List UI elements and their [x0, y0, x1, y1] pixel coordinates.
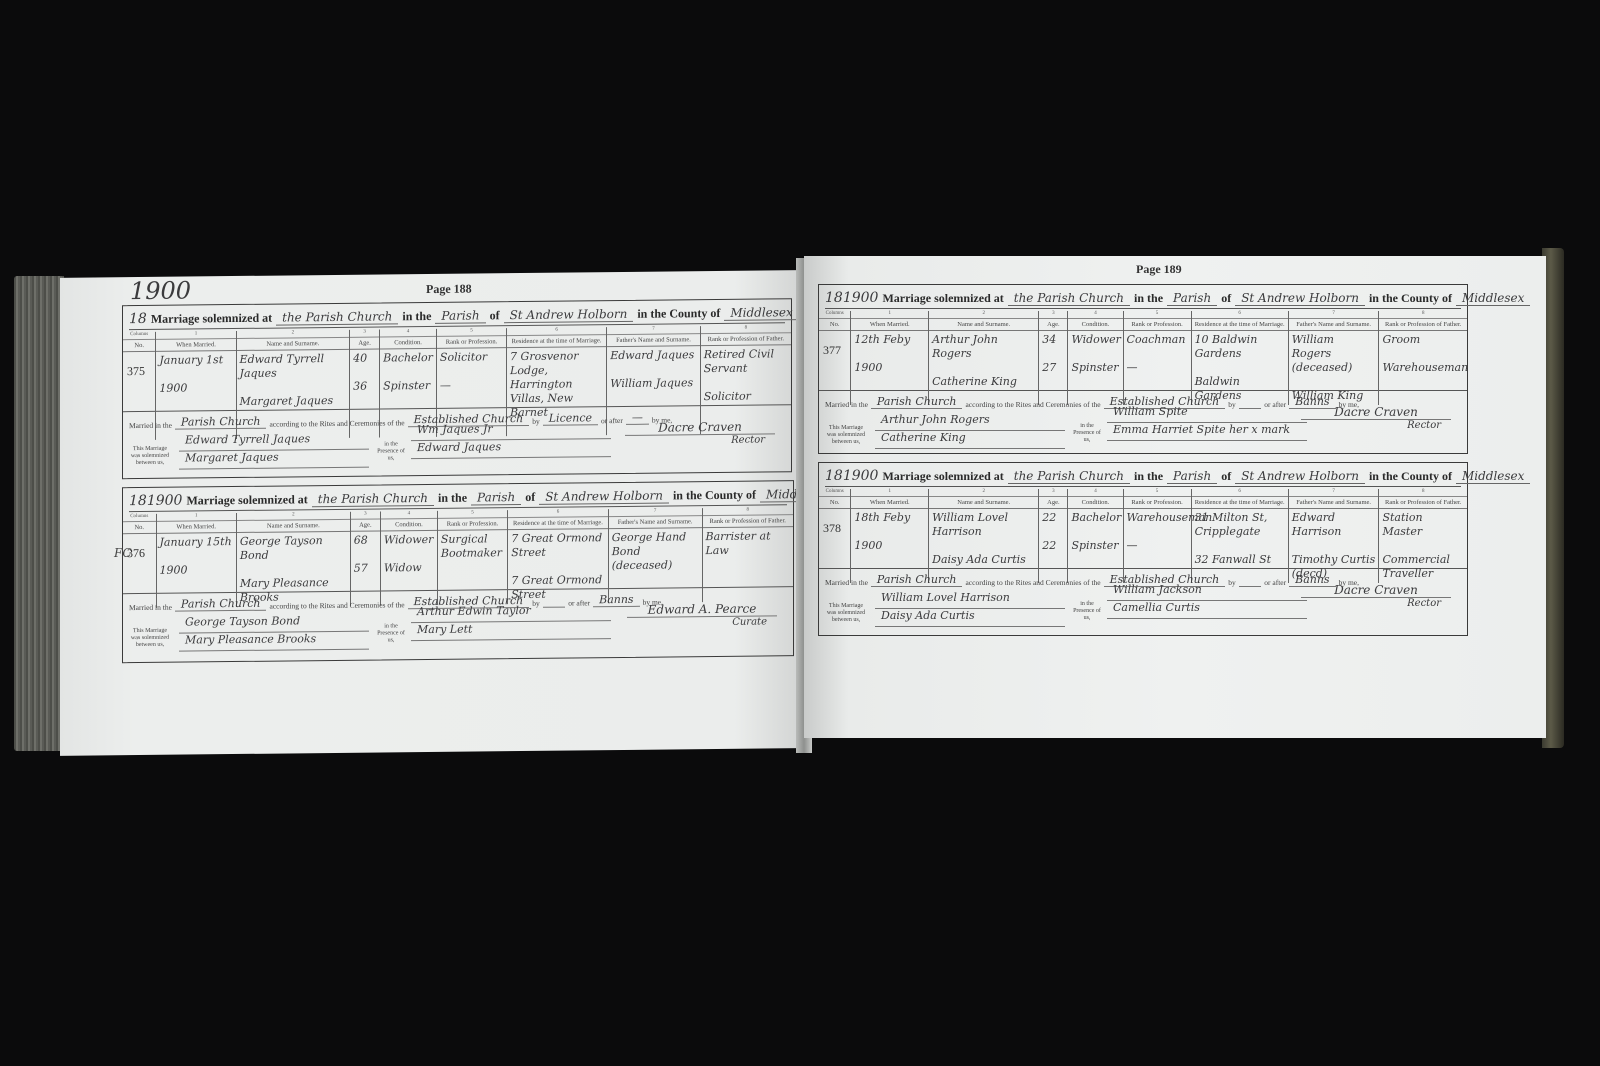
column-4: 4Condition.WidowerSpinster — [1068, 311, 1123, 405]
column-4: 4Condition.BachelorSpinster — [1068, 489, 1123, 583]
between-label: This Marriage was solemnized between us, — [825, 603, 867, 624]
parish-name-field: St Andrew Holborn — [1235, 469, 1365, 484]
bride-value: William Jaques — [610, 376, 697, 391]
label: in the — [1134, 291, 1163, 306]
column-5: 5Rank or Profession.Coachman— — [1124, 311, 1192, 405]
witness-signatures: William JacksonCamellia Curtis — [1107, 583, 1307, 619]
column-header: When Married. — [157, 521, 236, 534]
page-edges — [14, 276, 64, 751]
cell-value: Surgical Bootmaker — [438, 530, 507, 577]
column-7: 7Father's Name and Surname.Edward Harris… — [1289, 489, 1380, 583]
groom-value: Edward Tyrrell Jaques — [240, 352, 347, 381]
party-signature: Mary Pleasance Brooks — [179, 632, 369, 652]
label: of — [1221, 291, 1231, 306]
column-header: Rank or Profession. — [438, 518, 507, 531]
parties-signatures: George Tayson BondMary Pleasance Brooks — [179, 614, 369, 652]
column-number: 8 — [1379, 489, 1466, 497]
label: according to the Rites and Ceremonies of… — [269, 600, 404, 610]
groom-value: 34 — [1042, 333, 1064, 347]
groom-value: Bachelor — [383, 351, 433, 366]
groom-value: Widower — [1071, 333, 1119, 347]
church-field: Parish Church — [871, 395, 963, 409]
bride-value: 32 Fanwall St — [1195, 553, 1285, 567]
witness-signatures: William SpiteEmma Harriet Spite her x ma… — [1107, 405, 1307, 441]
between-label: This Marriage was solemnized between us, — [129, 628, 171, 649]
witness-signature: Camellia Curtis — [1107, 601, 1307, 619]
parish-word-field: Parish — [471, 490, 521, 506]
column-5: 5Rank or Profession.Surgical Bootmaker — [438, 510, 508, 605]
register-columns: ColumnsNo.3771When Married.12th Feby1900… — [819, 311, 1467, 391]
solemnization-line: 181900Marriage solemnized atthe Parish C… — [825, 467, 1461, 487]
column-2: 2Name and Surname.Arthur John RogersCath… — [929, 311, 1039, 405]
cell-value: 375 — [123, 352, 155, 356]
parish-name-field: St Andrew Holborn — [504, 307, 634, 323]
column-header: When Married. — [851, 319, 928, 331]
cell-value: BachelorSpinster — [1068, 509, 1122, 555]
column-5: 5Rank or Profession.Warehouseman— — [1124, 489, 1192, 583]
bride-value: 1900 — [159, 381, 232, 396]
column-header: No. — [819, 497, 850, 509]
parish-word-field: Parish — [1167, 291, 1217, 306]
officiant-signature: Edward A. PearceCurate — [627, 601, 777, 629]
bride-value: Margaret Jaques — [240, 394, 347, 409]
register-columns: ColumnsNo.3761When Married.January 15th1… — [123, 507, 793, 594]
column-0: ColumnsNo.376 — [123, 514, 157, 608]
column-header: No. — [123, 340, 155, 352]
signature-block: This Marriage was solemnized between us,… — [129, 427, 785, 474]
bride-value: — — [440, 378, 503, 393]
column-number: 4 — [1068, 489, 1122, 497]
bride-value: Solicitor — [704, 389, 788, 404]
label: of — [1221, 469, 1231, 484]
column-6: 6Residence at the time of Marriage.10 Ba… — [1192, 311, 1289, 405]
groom-value: William Rogers (deceased) — [1292, 333, 1376, 375]
officiant-signature: Dacre CravenRector — [625, 419, 775, 447]
groom-value: Station Master — [1382, 511, 1463, 539]
column-header: Age. — [350, 338, 379, 350]
column-1: 1When Married.January 15th1900 — [157, 513, 237, 608]
bride-value: 57 — [354, 562, 377, 576]
witness-signature: Mary Lett — [411, 621, 611, 641]
label: in the County of — [637, 306, 720, 322]
page-number: Page 188 — [426, 282, 472, 297]
witness-signature: William Spite — [1107, 405, 1307, 423]
bride-value: Spinster — [1071, 361, 1119, 375]
groom-value: Widower — [384, 533, 434, 548]
bride-value: 1900 — [854, 361, 925, 375]
officiant-signature: Dacre CravenRector — [1301, 583, 1451, 609]
bride-value: 1900 — [160, 563, 233, 578]
party-signature: Catherine King — [875, 431, 1065, 449]
groom-value: Edward Harrison — [1292, 511, 1376, 539]
groom-value: January 15th — [160, 535, 233, 550]
column-number: 4 — [1068, 311, 1122, 319]
column-number: 7 — [1289, 311, 1379, 319]
column-header: Residence at the time of Marriage. — [1192, 319, 1288, 331]
column-header: Rank or Profession of Father. — [701, 333, 791, 346]
label: Married in the — [825, 578, 868, 587]
cell-value: Edward Tyrrell JaquesMargaret Jaques — [237, 350, 350, 411]
witness-signature: Arthur Edwin Taylor — [411, 603, 611, 623]
column-header: Rank or Profession. — [1124, 497, 1191, 509]
column-number: 5 — [1124, 489, 1191, 497]
column-header: Condition. — [380, 337, 436, 350]
presence-label: in the Presence of us, — [377, 623, 405, 644]
cell-value: Barrister at Law — [703, 527, 793, 574]
label: according to the Rites and Ceremonies of… — [965, 578, 1100, 587]
bride-value: Spinster — [1071, 539, 1119, 553]
column-header: Father's Name and Surname. — [609, 516, 702, 529]
groom-value: 18th Feby — [854, 511, 925, 525]
label: in the County of — [1369, 469, 1452, 484]
label: according to the Rites and Ceremonies of… — [965, 400, 1100, 409]
cell-value: 377 — [819, 331, 850, 335]
place-field: the Parish Church — [1008, 291, 1130, 306]
bride-value: 27 — [1042, 361, 1064, 375]
bride-value: Catherine King — [932, 375, 1035, 389]
parish-name-field: St Andrew Holborn — [1235, 291, 1365, 306]
officiant-title: Rector — [1301, 420, 1451, 431]
groom-value: 22 — [1042, 511, 1064, 525]
officiant-name: Edward A. Pearce — [627, 601, 777, 618]
label: in the — [402, 309, 431, 324]
cell-value: 376 — [123, 534, 156, 538]
cell-value: BachelorSpinster — [380, 349, 436, 396]
church-field: Parish Church — [175, 415, 267, 430]
groom-value: 7 Great Ormond Street — [511, 531, 605, 560]
cell-value: 378 — [819, 509, 850, 513]
party-signature: Daisy Ada Curtis — [875, 609, 1065, 627]
witness-signature: Emma Harriet Spite her x mark — [1107, 423, 1307, 441]
column-number: 3 — [1039, 489, 1067, 497]
party-signature: Margaret Jaques — [179, 450, 369, 470]
open-register-book: 1900 Page 188 18Marriage solemnized atth… — [14, 248, 1562, 756]
groom-value: George Hand Bond (deceased) — [612, 530, 699, 573]
party-signature: William Lovel Harrison — [875, 591, 1065, 609]
column-3: 3Age.2222 — [1039, 489, 1068, 583]
column-header: Residence at the time of Marriage. — [1192, 497, 1288, 509]
church-field: Parish Church — [871, 573, 963, 587]
column-2: 2Name and Surname.William Lovel Harrison… — [929, 489, 1039, 583]
groom-value: George Tayson Bond — [240, 534, 347, 563]
column-number: 7 — [1289, 489, 1379, 497]
label: Marriage solemnized at — [186, 492, 307, 508]
column-6: 6Residence at the time of Marriage.7 Gre… — [508, 509, 609, 604]
column-number: 1 — [851, 489, 928, 497]
column-header: Father's Name and Surname. — [1289, 497, 1379, 509]
parish-name-field: St Andrew Holborn — [539, 488, 669, 504]
officiant-title: Rector — [625, 434, 775, 447]
column-8: 8Rank or Profession of Father.Barrister … — [703, 507, 793, 602]
marriage-entry: 181900Marriage solemnized atthe Parish C… — [122, 480, 794, 663]
marriage-entry: 18Marriage solemnized atthe Parish Churc… — [122, 298, 792, 479]
groom-value: Barrister at Law — [706, 529, 790, 558]
presence-label: in the Presence of us, — [377, 441, 405, 462]
cell-value: 10 Baldwin GardensBaldwin Gardens — [1192, 331, 1288, 405]
signature-block: This Marriage was solemnized between us,… — [825, 413, 1461, 453]
groom-value: Surgical Bootmaker — [441, 532, 504, 561]
column-header: Rank or Profession of Father. — [1379, 497, 1466, 509]
county-field: Middlesex — [724, 305, 798, 321]
groom-value: William Lovel Harrison — [932, 511, 1035, 539]
groom-value: Bachelor — [1071, 511, 1119, 525]
column-header: No. — [819, 319, 850, 331]
church-field: Parish Church — [175, 597, 267, 612]
marriage-entry: 181900Marriage solemnized atthe Parish C… — [818, 284, 1468, 454]
cell-value: Edward JaquesWilliam Jaques — [607, 346, 700, 393]
cell-value: January 1st1900 — [156, 351, 235, 398]
cell-value: 18th Feby1900 — [851, 509, 928, 555]
bride-value — [612, 586, 699, 587]
page-number: Page 189 — [1136, 262, 1182, 277]
column-header: Age. — [1039, 497, 1067, 509]
groom-value: 31 Milton St, Cripplegate — [1195, 511, 1285, 539]
bride-value: 1900 — [854, 539, 925, 553]
parish-word-field: Parish — [1167, 469, 1217, 484]
column-header: Residence at the time of Marriage. — [508, 517, 608, 530]
column-number: 6 — [1192, 311, 1288, 319]
column-1: 1When Married.12th Feby1900 — [851, 311, 929, 405]
column-header: Condition. — [1068, 319, 1122, 331]
column-header: Father's Name and Surname. — [607, 334, 700, 347]
column-number: 1 — [851, 311, 928, 319]
cell-value: WidowerSpinster — [1068, 331, 1122, 377]
column-header: Rank or Profession. — [437, 336, 506, 349]
witness-signatures: Wm Jaques JrEdward Jaques — [411, 421, 611, 459]
cell-value: Warehouseman— — [1124, 509, 1191, 555]
label: Marriage solemnized at — [151, 311, 272, 327]
marriage-entry: 181900Marriage solemnized atthe Parish C… — [818, 462, 1468, 636]
label: in the County of — [673, 488, 756, 504]
column-number: 2 — [929, 311, 1038, 319]
column-7: 7Father's Name and Surname.William Roger… — [1289, 311, 1380, 405]
county-field: Middlesex — [1456, 291, 1530, 306]
place-field: the Parish Church — [1008, 469, 1130, 484]
parties-signatures: Arthur John RogersCatherine King — [875, 413, 1065, 449]
between-label: This Marriage was solemnized between us, — [825, 425, 867, 446]
officiant-name: Dacre Craven — [1301, 405, 1451, 420]
bride-value — [706, 571, 790, 572]
column-header: Rank or Profession. — [1124, 319, 1191, 331]
presence-label: in the Presence of us, — [1073, 601, 1101, 622]
column-header: Name and Surname. — [929, 319, 1038, 331]
column-number: 3 — [1039, 311, 1067, 319]
column-8: 8Rank or Profession of Father.Station Ma… — [1379, 489, 1466, 583]
label: Marriage solemnized at — [882, 291, 1003, 306]
witness-signatures: Arthur Edwin TaylorMary Lett — [411, 603, 611, 641]
officiant-name: Dacre Craven — [625, 419, 775, 436]
between-label: This Marriage was solemnized between us, — [129, 446, 171, 467]
parties-signatures: Edward Tyrrell JaquesMargaret Jaques — [179, 432, 369, 470]
label: Marriage solemnized at — [882, 469, 1003, 484]
party-signature: Edward Tyrrell Jaques — [179, 432, 369, 452]
right-page: Page 189 181900Marriage solemnized atthe… — [804, 256, 1546, 738]
label: of — [525, 490, 535, 505]
label: Married in the — [129, 603, 172, 612]
column-8: 8Rank or Profession of Father.GroomWareh… — [1379, 311, 1466, 405]
parties-signatures: William Lovel HarrisonDaisy Ada Curtis — [875, 591, 1065, 627]
cell-value: Arthur John RogersCatherine King — [929, 331, 1038, 391]
officiant-signature: Dacre CravenRector — [1301, 405, 1451, 431]
column-number: 8 — [1379, 311, 1466, 319]
register-columns: ColumnsNo.3781When Married.18th Feby1900… — [819, 489, 1467, 569]
column-0: ColumnsNo.378 — [819, 489, 851, 583]
bride-value: 22 — [1042, 539, 1064, 553]
groom-value: 12th Feby — [854, 333, 925, 347]
cell-value: William Lovel HarrisonDaisy Ada Curtis — [929, 509, 1038, 569]
groom-value: 10 Baldwin Gardens — [1195, 333, 1285, 361]
entry-year: 181900 — [825, 290, 878, 306]
entry-number: 378 — [823, 521, 841, 535]
column-header: Age. — [351, 520, 380, 532]
column-1: 1When Married.18th Feby1900 — [851, 489, 929, 583]
groom-value: January 1st — [159, 353, 232, 368]
cell-value: January 15th1900 — [157, 533, 236, 580]
groom-value: Groom — [1382, 333, 1463, 347]
groom-value: Retired Civil Servant — [704, 347, 788, 376]
margin-note: FC — [114, 546, 132, 560]
entry-year: 181900 — [129, 493, 182, 510]
groom-value: Solicitor — [440, 350, 503, 365]
cell-value: Retired Civil ServantSolicitor — [701, 345, 791, 406]
groom-value: Edward Jaques — [610, 348, 697, 363]
column-header: Father's Name and Surname. — [1289, 319, 1379, 331]
column-4: 4Condition.WidowerWidow — [381, 511, 438, 606]
column-number: Columns — [819, 311, 850, 319]
column-number: 2 — [929, 489, 1038, 497]
column-3: 3Age.3427 — [1039, 311, 1068, 405]
label: according to the Rites and Ceremonies of… — [269, 418, 404, 428]
label: of — [490, 308, 500, 323]
column-number: 5 — [1124, 311, 1191, 319]
signature-block: This Marriage was solemnized between us,… — [129, 609, 787, 656]
witness-signature: William Jackson — [1107, 583, 1307, 601]
cell-value: Solicitor— — [437, 348, 506, 395]
column-header: No. — [123, 522, 156, 534]
column-header: Name and Surname. — [929, 497, 1038, 509]
label: in the — [438, 491, 467, 506]
label: in the County of — [1369, 291, 1452, 306]
party-signature: George Tayson Bond — [179, 614, 369, 634]
cell-value: 4036 — [350, 350, 379, 396]
cell-value: Station MasterCommercial Traveller — [1379, 509, 1466, 583]
column-header: Condition. — [1068, 497, 1122, 509]
groom-value: 68 — [354, 534, 377, 548]
label: Married in the — [129, 421, 172, 430]
column-3: 3Age.6857 — [351, 511, 381, 605]
groom-value: 7 Grosvenor Lodge, Harrington Villas, Ne… — [510, 349, 603, 420]
officiant-title: Rector — [1301, 598, 1451, 609]
place-field: the Parish Church — [276, 309, 398, 325]
officiant-title: Curate — [627, 616, 777, 629]
register-columns: ColumnsNo.3751When Married.January 1st19… — [123, 325, 791, 412]
column-6: 6Residence at the time of Marriage.31 Mi… — [1192, 489, 1289, 583]
cell-value: 2222 — [1039, 509, 1067, 555]
bride-value: 36 — [353, 380, 376, 394]
county-field: Middlesex — [1456, 469, 1530, 484]
cell-value: 6857 — [351, 532, 380, 578]
party-signature: Arthur John Rogers — [875, 413, 1065, 431]
column-number: 6 — [1192, 489, 1288, 497]
cell-value: Edward HarrisonTimothy Curtis (decd) — [1289, 509, 1379, 583]
label: in the — [1134, 469, 1163, 484]
column-header: Residence at the time of Marriage. — [507, 335, 606, 348]
bride-value: Spinster — [383, 379, 433, 394]
column-header: Age. — [1039, 319, 1067, 331]
groom-value: Warehouseman — [1127, 511, 1188, 525]
signature-block: This Marriage was solemnized between us,… — [825, 591, 1461, 631]
entry-year: 181900 — [825, 468, 878, 484]
cell-value: George Hand Bond (deceased) — [609, 528, 702, 589]
cell-value: 12th Feby1900 — [851, 331, 928, 377]
witness-signature: Edward Jaques — [411, 439, 611, 459]
entry-number: 377 — [823, 343, 841, 357]
column-header: Condition. — [381, 519, 437, 532]
bride-value: — — [1127, 361, 1188, 375]
bride-value — [441, 574, 504, 575]
cell-value: William Rogers (deceased)William King — [1289, 331, 1379, 405]
column-header: Rank or Profession of Father. — [1379, 319, 1466, 331]
solemnization-line: 181900Marriage solemnized atthe Parish C… — [825, 289, 1461, 309]
cell-value: WidowerWidow — [381, 531, 437, 578]
place-field: the Parish Church — [312, 491, 434, 507]
witness-signature: Wm Jaques Jr — [411, 421, 611, 441]
cell-value: GroomWarehouseman — [1379, 331, 1466, 377]
column-number: Columns — [819, 489, 850, 497]
column-header: Rank or Profession of Father. — [703, 515, 793, 528]
left-page: 1900 Page 188 18Marriage solemnized atth… — [60, 270, 810, 756]
column-2: 2Name and Surname.George Tayson BondMary… — [237, 512, 351, 607]
year-heading: 1900 — [130, 276, 191, 305]
column-0: ColumnsNo.377 — [819, 311, 851, 405]
bride-value: Widow — [384, 561, 434, 576]
column-header: When Married. — [851, 497, 928, 509]
bride-value: — — [1127, 539, 1188, 553]
officiant-name: Dacre Craven — [1301, 583, 1451, 598]
bride-value: Warehouseman — [1382, 361, 1463, 375]
groom-value: Coachman — [1127, 333, 1188, 347]
entry-year: 18 — [129, 311, 147, 327]
cell-value: 31 Milton St, Cripplegate32 Fanwall St — [1192, 509, 1288, 569]
column-7: 7Father's Name and Surname.George Hand B… — [609, 508, 703, 603]
label: Married in the — [825, 400, 868, 409]
bride-value: Daisy Ada Curtis — [932, 553, 1035, 567]
cell-value: 3427 — [1039, 331, 1067, 377]
parish-word-field: Parish — [435, 308, 485, 324]
groom-value: 40 — [353, 352, 376, 366]
column-header: When Married. — [156, 339, 235, 352]
entry-number: 375 — [127, 364, 145, 378]
groom-value: Arthur John Rogers — [932, 333, 1035, 361]
presence-label: in the Presence of us, — [1073, 423, 1101, 444]
cell-value: Coachman— — [1124, 331, 1191, 377]
